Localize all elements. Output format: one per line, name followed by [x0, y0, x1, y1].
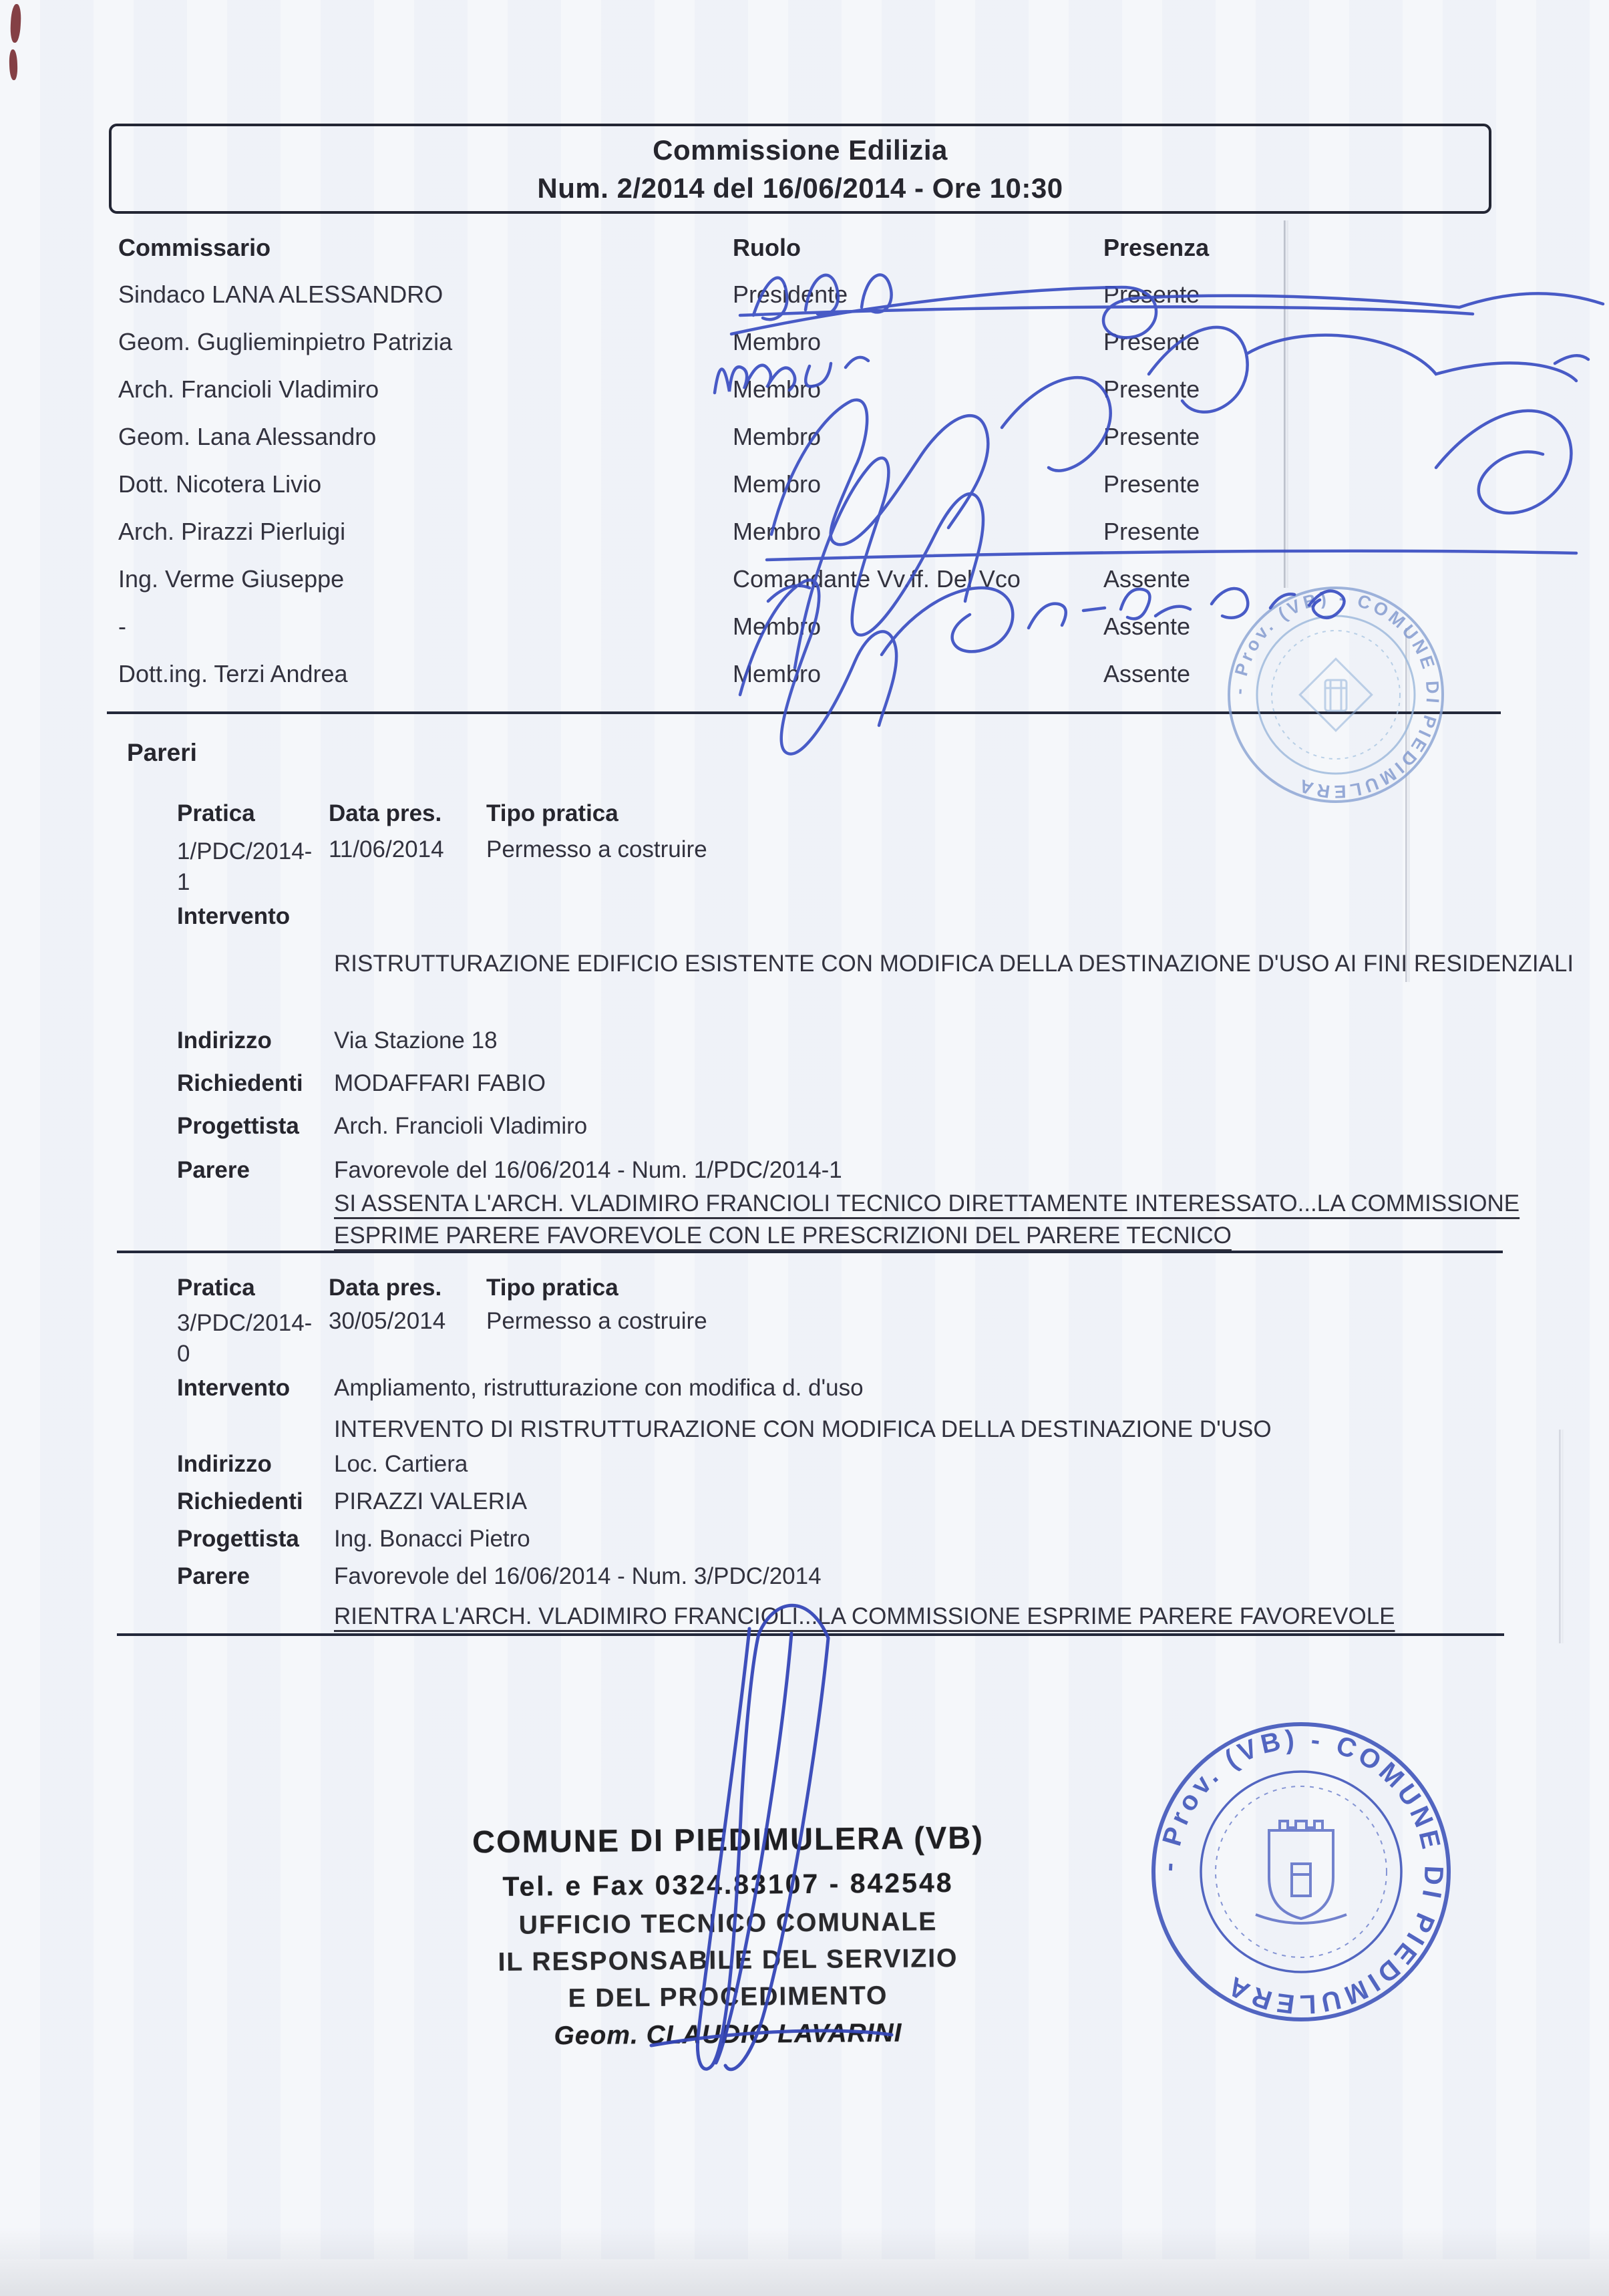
- commissioner-role: Membro: [733, 328, 821, 356]
- label-progettista: Progettista: [177, 1113, 299, 1140]
- table-row: Arch. Francioli Vladimiro Membro Present…: [0, 375, 1609, 409]
- commissioner-name: Arch. Pirazzi Pierluigi: [118, 518, 345, 546]
- commissioner-name: Dott. Nicotera Livio: [118, 470, 321, 498]
- office-stamp-line: UFFICIO TECNICO COMUNALE: [394, 1907, 1062, 1942]
- section-divider: [117, 1633, 1504, 1636]
- label-parere: Parere: [177, 1157, 250, 1184]
- col-header-data-pres: Data pres.: [329, 800, 441, 827]
- pratica-type: Permesso a costruire: [486, 1308, 707, 1335]
- table-row: Sindaco LANA ALESSANDRO Presidente Prese…: [0, 281, 1609, 314]
- intervento-description: RISTRUTTURAZIONE EDIFICIO ESISTENTE CON …: [334, 945, 1590, 982]
- pratica-number: 3/PDC/2014-0: [177, 1308, 320, 1369]
- table-row: - Membro Assente: [0, 613, 1609, 646]
- indirizzo-value: Via Stazione 18: [334, 1027, 498, 1054]
- label-indirizzo: Indirizzo: [177, 1027, 272, 1054]
- commissioner-role: Comandante Vv.ff. Del Vco: [733, 565, 1021, 593]
- parere-value: Favorevole del 16/06/2014 - Num. 1/PDC/2…: [334, 1157, 842, 1184]
- commissioner-name: Sindaco LANA ALESSANDRO: [118, 281, 443, 309]
- commissioner-role: Membro: [733, 423, 821, 451]
- commissioner-presence: Presente: [1103, 423, 1200, 451]
- parere-note: SI ASSENTA L'ARCH. VLADIMIRO FRANCIOLI T…: [334, 1188, 1590, 1252]
- commissioner-name: Geom. Lana Alessandro: [118, 423, 376, 451]
- scanner-red-mark: [9, 49, 18, 80]
- parere-value: Favorevole del 16/06/2014 - Num. 3/PDC/2…: [334, 1563, 822, 1590]
- commissioner-presence: Presente: [1103, 375, 1200, 403]
- commissioner-name: Dott.ing. Terzi Andrea: [118, 660, 348, 688]
- commissioner-name: Ing. Verme Giuseppe: [118, 565, 344, 593]
- commissioner-role: Membro: [733, 613, 821, 641]
- attendance-header-row: Commissario Ruolo Presenza: [0, 234, 1609, 267]
- intervento-summary: Ampliamento, ristrutturazione con modifi…: [334, 1375, 864, 1402]
- section-title-pareri: Pareri: [127, 739, 197, 767]
- commissioner-role: Membro: [733, 470, 821, 498]
- table-row: Dott. Nicotera Livio Membro Presente: [0, 470, 1609, 504]
- parere-note: RIENTRA L'ARCH. VLADIMIRO FRANCIOLI...LA…: [334, 1601, 1590, 1633]
- table-row: Ing. Verme Giuseppe Comandante Vv.ff. De…: [0, 565, 1609, 599]
- label-indirizzo: Indirizzo: [177, 1451, 272, 1478]
- parere-note-text: SI ASSENTA L'ARCH. VLADIMIRO FRANCIOLI T…: [334, 1190, 1519, 1249]
- office-stamp-line: E DEL PROCEDIMENTO: [394, 1980, 1062, 2015]
- table-row: Geom. Lana Alessandro Membro Presente: [0, 423, 1609, 456]
- col-header-tipo-pratica: Tipo pratica: [486, 1275, 618, 1301]
- parere-note-text: RIENTRA L'ARCH. VLADIMIRO FRANCIOLI...LA…: [334, 1603, 1395, 1629]
- col-header-data-pres: Data pres.: [329, 1275, 441, 1301]
- col-header-tipo-pratica: Tipo pratica: [486, 800, 618, 827]
- commissioner-presence: Presente: [1103, 328, 1200, 356]
- label-intervento: Intervento: [177, 1375, 290, 1402]
- column-header-presenza: Presenza: [1103, 234, 1209, 262]
- document-header-box: Commissione Edilizia Num. 2/2014 del 16/…: [109, 124, 1491, 214]
- scan-bottom-shadow: [0, 2259, 1609, 2296]
- document-subtitle: Num. 2/2014 del 16/06/2014 - Ore 10:30: [537, 169, 1063, 207]
- round-seal-bottom: - Prov. (VB) - COMUNE DI PIEDIMULERA: [1153, 1724, 1449, 2019]
- richiedenti-value: MODAFFARI FABIO: [334, 1070, 546, 1097]
- indirizzo-value: Loc. Cartiera: [334, 1451, 468, 1478]
- seal-ring-text: - Prov. (VB) - COMUNE DI PIEDIMULERA: [1154, 1725, 1449, 2019]
- commissioner-role: Membro: [733, 518, 821, 546]
- table-row: Geom. Guglieminpietro Patrizia Membro Pr…: [0, 328, 1609, 361]
- scanned-document-page: Commissione Edilizia Num. 2/2014 del 16/…: [0, 0, 1609, 2296]
- label-richiedenti: Richiedenti: [177, 1488, 303, 1515]
- commissioner-presence: Presente: [1103, 470, 1200, 498]
- office-stamp-line: Tel. e Fax 0324.83107 - 842548: [394, 1866, 1062, 1904]
- label-progettista: Progettista: [177, 1526, 299, 1552]
- pratica-date: 11/06/2014: [329, 836, 444, 863]
- label-richiedenti: Richiedenti: [177, 1070, 303, 1097]
- office-stamp-line: COMUNE DI PIEDIMULERA (VB): [394, 1818, 1062, 1861]
- column-header-ruolo: Ruolo: [733, 234, 801, 262]
- commissioner-role: Membro: [733, 660, 821, 688]
- column-header-commissario: Commissario: [118, 234, 271, 262]
- office-stamp-line: IL RESPONSABILE DEL SERVIZIO: [394, 1943, 1062, 1979]
- progettista-value: Arch. Francioli Vladimiro: [334, 1113, 587, 1140]
- progettista-value: Ing. Bonacci Pietro: [334, 1526, 530, 1552]
- pratica-type: Permesso a costruire: [486, 836, 707, 863]
- commissioner-presence: Presente: [1103, 281, 1200, 309]
- label-parere: Parere: [177, 1563, 250, 1590]
- svg-text:- Prov. (VB) - COMUNE DI PIED: - Prov. (VB) - COMUNE DI PIEDIMULERA: [1154, 1725, 1449, 2019]
- table-row: Dott.ing. Terzi Andrea Membro Assente: [0, 660, 1609, 693]
- section-divider: [117, 1251, 1503, 1253]
- office-stamp-signatory-line: Geom. CLAUDIO LAVARINI: [394, 2017, 1062, 2053]
- commissioner-role: Membro: [733, 375, 821, 403]
- commissioner-presence: Assente: [1103, 565, 1190, 593]
- scanner-red-mark: [9, 4, 21, 43]
- col-header-pratica: Pratica: [177, 1275, 255, 1301]
- pratica-date: 30/05/2014: [329, 1308, 445, 1335]
- commissioner-presence: Assente: [1103, 613, 1190, 641]
- pratica-number: 1/PDC/2014-1: [177, 836, 320, 898]
- commissioner-name: Arch. Francioli Vladimiro: [118, 375, 379, 403]
- col-header-pratica: Pratica: [177, 800, 255, 827]
- commissioner-name: Geom. Guglieminpietro Patrizia: [118, 328, 452, 356]
- label-intervento: Intervento: [177, 903, 290, 930]
- table-row: Arch. Pirazzi Pierluigi Membro Presente: [0, 518, 1609, 551]
- commissioner-role: Presidente: [733, 281, 848, 309]
- richiedenti-value: PIRAZZI VALERIA: [334, 1488, 527, 1515]
- section-divider: [107, 711, 1501, 714]
- commissioner-presence: Assente: [1103, 660, 1190, 688]
- commissioner-name: -: [118, 613, 126, 641]
- document-title: Commissione Edilizia: [653, 131, 948, 169]
- commissioner-presence: Presente: [1103, 518, 1200, 546]
- intervento-description: INTERVENTO DI RISTRUTTURAZIONE CON MODIF…: [334, 1411, 1590, 1448]
